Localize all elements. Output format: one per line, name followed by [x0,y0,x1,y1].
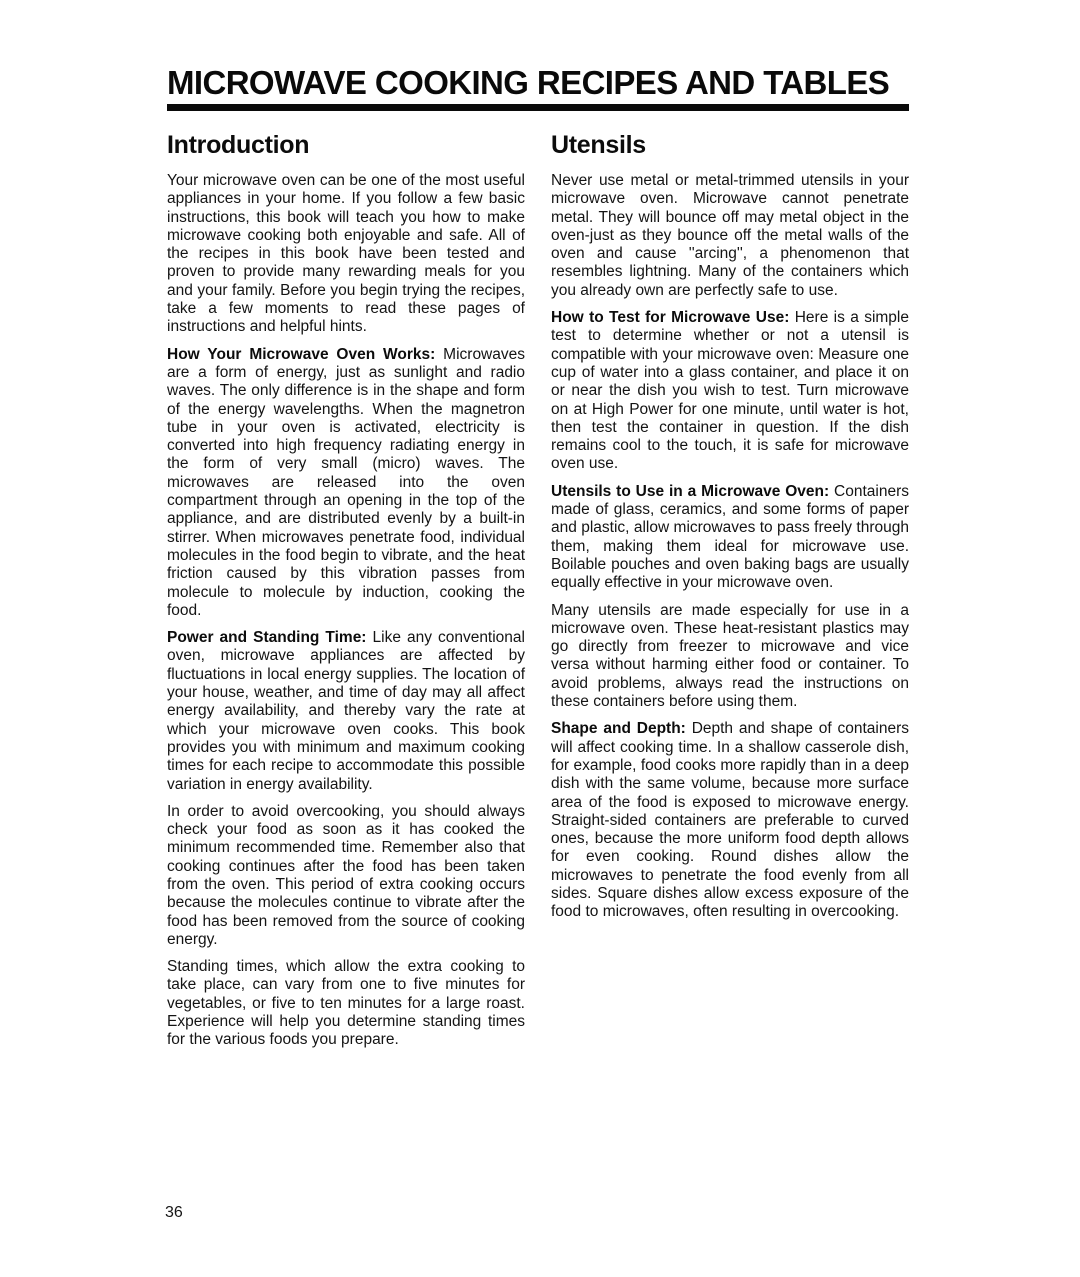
page-title: MICROWAVE COOKING RECIPES AND TABLES [167,66,909,99]
utensils-paragraph-2: How to Test for Microwave Use: Here is a… [551,309,909,474]
utensils-heading: Utensils [551,131,909,159]
paragraph-text: Like any conventional oven, microwave ap… [167,629,525,792]
utensils-paragraph-4: Many utensils are made especially for us… [551,602,909,712]
intro-paragraph-4: In order to avoid overcooking, you shoul… [167,803,525,949]
page-header: MICROWAVE COOKING RECIPES AND TABLES [167,66,909,111]
manual-page: MICROWAVE COOKING RECIPES AND TABLES Int… [0,0,1080,1277]
intro-paragraph-2: How Your Microwave Oven Works: Microwave… [167,346,525,620]
utensils-paragraph-3: Utensils to Use in a Microwave Oven: Con… [551,483,909,593]
paragraph-lead: How Your Microwave Oven Works: [167,346,435,363]
paragraph-lead: Utensils to Use in a Microwave Oven: [551,483,829,500]
two-column-body: Introduction Your microwave oven can be … [167,131,909,1059]
introduction-section: Introduction Your microwave oven can be … [167,131,525,1059]
page-number: 36 [165,1203,183,1222]
paragraph-lead: Power and Standing Time: [167,629,366,646]
page-content: MICROWAVE COOKING RECIPES AND TABLES Int… [167,66,909,1059]
title-underline-rule [167,104,909,111]
paragraph-text: Never use metal or metal-trimmed utensil… [551,172,909,299]
paragraph-text: Standing times, which allow the extra co… [167,958,525,1048]
paragraph-text: In order to avoid overcooking, you shoul… [167,803,525,948]
paragraph-text: Depth and shape of containers will affec… [551,720,909,920]
utensils-paragraph-1: Never use metal or metal-trimmed utensil… [551,172,909,300]
intro-paragraph-5: Standing times, which allow the extra co… [167,958,525,1049]
intro-paragraph-1: Your microwave oven can be one of the mo… [167,172,525,337]
utensils-paragraph-5: Shape and Depth: Depth and shape of cont… [551,720,909,921]
intro-paragraph-3: Power and Standing Time: Like any conven… [167,629,525,794]
paragraph-text: Microwaves are a form of energy, just as… [167,346,525,619]
paragraph-text: Here is a simple test to determine wheth… [551,309,909,472]
introduction-heading: Introduction [167,131,525,159]
paragraph-text: Many utensils are made especially for us… [551,602,909,710]
utensils-section: Utensils Never use metal or metal-trimme… [551,131,909,1059]
paragraph-text: Your microwave oven can be one of the mo… [167,172,525,335]
paragraph-lead: Shape and Depth: [551,720,686,737]
paragraph-lead: How to Test for Microwave Use: [551,309,789,326]
